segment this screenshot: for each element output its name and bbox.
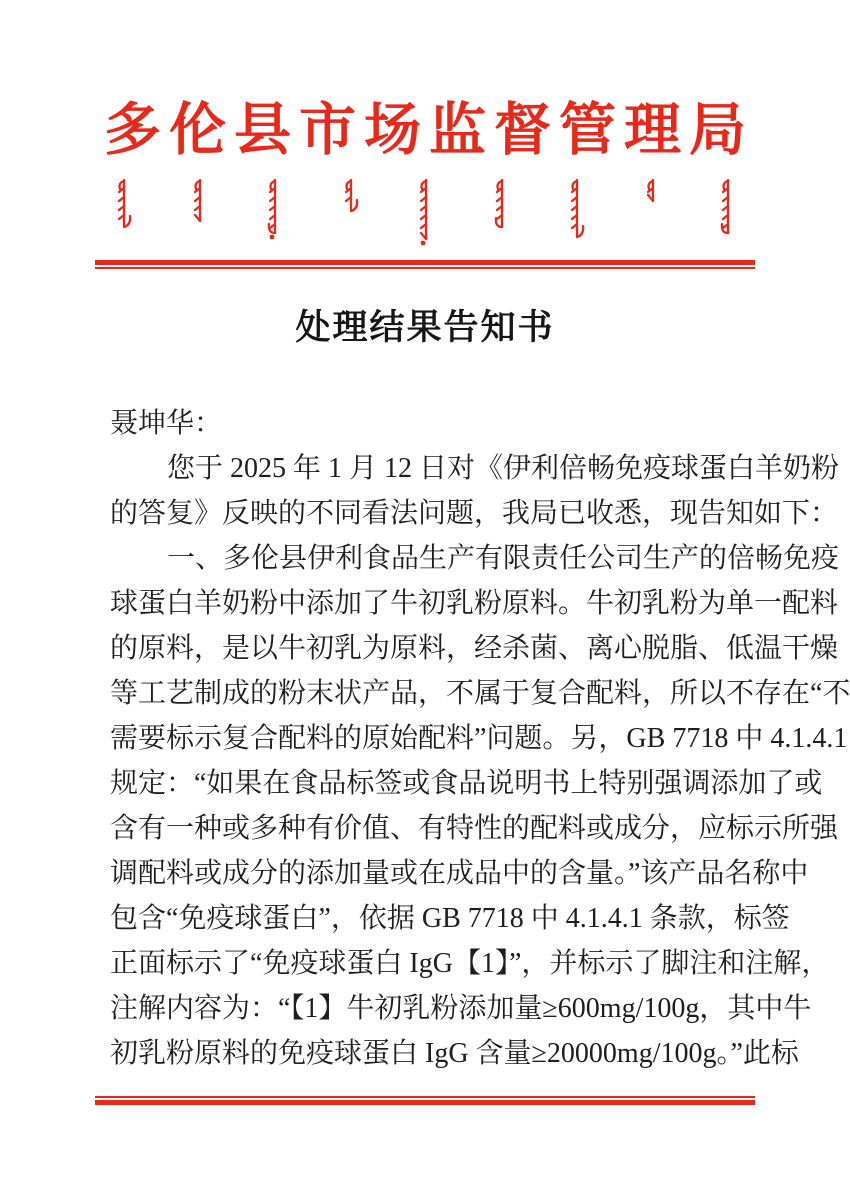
mongolian-script-glyph — [567, 178, 585, 244]
body-line: 等工艺制成的粉末状产品，不属于复合配料，所以不存在“不 — [110, 671, 740, 716]
mongolian-script-glyph — [190, 178, 208, 228]
letterhead-double-rule — [95, 260, 755, 269]
body-line: 注解内容为：“【1】牛初乳粉添加量≥600mg/100g，其中牛 — [110, 986, 740, 1031]
mongolian-script-glyph — [341, 178, 359, 218]
body-line: 规定：“如果在食品标签或食品说明书上特别强调添加了或 — [110, 761, 740, 806]
body-line: 初乳粉原料的免疫球蛋白 IgG 含量≥20000mg/100g。”此标 — [110, 1031, 740, 1076]
body-line: 一、多伦县伊利食品生产有限责任公司生产的倍畅免疫 — [110, 536, 740, 581]
mongolian-script-glyph — [718, 178, 736, 240]
body-line: 的答复》反映的不同看法问题，我局已收悉，现告知如下： — [110, 491, 740, 536]
body-line: 正面标示了“免疫球蛋白 IgG【1】”，并标示了脚注和注解， — [110, 941, 740, 986]
body-line: 您于 2025 年 1 月 12 日对《伊利倍畅免疫球蛋白羊奶粉 — [110, 446, 740, 491]
body-line: 的原料，是以牛初乳为原料，经杀菌、离心脱脂、低温干燥 — [110, 626, 740, 671]
scanned-official-document: 多伦县市场监督管理局 处理结果告知书 聂坤华： 您于 2025 年 1 月 12… — [0, 0, 850, 1199]
document-title: 处理结果告知书 — [0, 307, 850, 349]
mongolian-script-glyph — [416, 178, 434, 246]
mongolian-script-glyph — [265, 178, 283, 240]
paragraph: 您于 2025 年 1 月 12 日对《伊利倍畅免疫球蛋白羊奶粉的答复》反映的不… — [110, 446, 740, 536]
rule-thick-bar — [95, 1100, 755, 1105]
body-line: 调配料或成分的添加量或在成品中的含量。”该产品名称中 — [110, 851, 740, 896]
body-line: 包含“免疫球蛋白”，依据 GB 7718 中 4.1.4.1 条款，标签 — [110, 896, 740, 941]
mongolian-script-row — [114, 178, 736, 250]
addressee-line: 聂坤华： — [110, 401, 740, 446]
letterhead-agency-name: 多伦县市场监督管理局 — [0, 101, 850, 161]
rule-thin-bar — [95, 267, 755, 269]
body-line: 需要标示复合配料的原始配料”问题。另，GB 7718 中 4.1.4.1 — [110, 716, 740, 761]
body-line: 含有一种或多种有价值、有特性的配料或成分，应标示所强 — [110, 806, 740, 851]
mongolian-script-glyph — [643, 178, 661, 208]
mongolian-script-glyph — [114, 178, 132, 234]
paragraph: 一、多伦县伊利食品生产有限责任公司生产的倍畅免疫球蛋白羊奶粉中添加了牛初乳粉原料… — [110, 536, 740, 1076]
document-body: 聂坤华： 您于 2025 年 1 月 12 日对《伊利倍畅免疫球蛋白羊奶粉的答复… — [110, 401, 740, 1076]
footer-double-rule — [95, 1096, 755, 1105]
mongolian-script-glyph — [492, 178, 510, 234]
body-paragraphs: 您于 2025 年 1 月 12 日对《伊利倍畅免疫球蛋白羊奶粉的答复》反映的不… — [110, 446, 740, 1076]
body-line: 球蛋白羊奶粉中添加了牛初乳粉原料。牛初乳粉为单一配料 — [110, 581, 740, 626]
